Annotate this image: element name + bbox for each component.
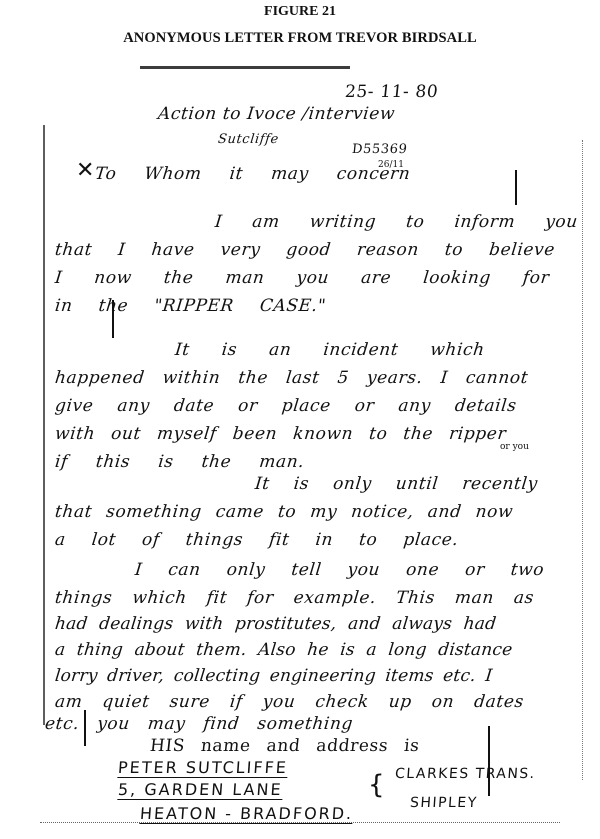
annotation-action: Action to Ivoce /interview xyxy=(157,104,396,124)
letter-line: I can only tell you one or two xyxy=(134,560,545,580)
brace-mark: { xyxy=(368,770,385,800)
letter-line: give any date or place or any details xyxy=(54,396,518,416)
suspect-street: 5, GARDEN LANE xyxy=(117,780,283,800)
letter-line: I now the man you are looking for xyxy=(54,268,550,288)
employer-line1: CLARKES TRANS. xyxy=(394,766,536,782)
letter-line: am quiet sure if you check up on dates xyxy=(54,692,525,712)
scan-top-edge xyxy=(140,66,350,69)
scan-right-dots xyxy=(582,140,583,780)
letter-line: that something came to my notice, and no… xyxy=(54,502,514,522)
letter-line: with out myself been known to the ripper xyxy=(54,424,507,444)
strike-mark: ✕ xyxy=(76,158,94,183)
letter-line: a thing about them. Also he is a long di… xyxy=(54,640,514,660)
letter-line: I am writing to inform you xyxy=(214,212,579,232)
letter-line: happened within the last 5 years. I cann… xyxy=(54,368,529,388)
margin-tick xyxy=(112,300,114,338)
letter-line: HIS name and address is xyxy=(149,736,421,756)
suspect-town: HEATON - BRADFORD. xyxy=(139,804,354,824)
margin-tick xyxy=(84,710,86,746)
letter-line: lorry driver, collecting engineering ite… xyxy=(54,666,493,686)
suspect-name: PETER SUTCLIFFE xyxy=(117,758,288,778)
letter-line: It is only until recently xyxy=(254,474,539,494)
letter-line: etc. you may find something xyxy=(44,714,354,734)
letter-line: a lot of things fit in to place. xyxy=(54,530,460,550)
letter-line: It is an incident which xyxy=(174,340,486,360)
letter-insertion: or you xyxy=(500,442,529,452)
scan-left-edge xyxy=(43,125,45,725)
figure-label: FIGURE 21 xyxy=(0,4,600,20)
margin-bracket xyxy=(515,170,517,205)
annotation-date: 25- 11- 80 xyxy=(344,82,439,102)
figure-title: ANONYMOUS LETTER FROM TREVOR BIRDSALL xyxy=(0,30,600,47)
letter-line: had dealings with prostitutes, and alway… xyxy=(54,614,497,634)
margin-tick xyxy=(488,726,490,796)
employer-line2: SHIPLEY xyxy=(409,795,478,811)
letter-line: if this is the man. xyxy=(54,452,305,472)
annotation-name: Sutcliffe xyxy=(217,132,279,147)
letter-line: things which fit for example. This man a… xyxy=(54,588,535,608)
letter-line: that I have very good reason to believe xyxy=(54,240,556,260)
letter-salutation: To Whom it may concern xyxy=(94,164,411,184)
letter-line: in the "RIPPER CASE." xyxy=(54,296,327,316)
annotation-reference: D55369 xyxy=(351,142,408,157)
